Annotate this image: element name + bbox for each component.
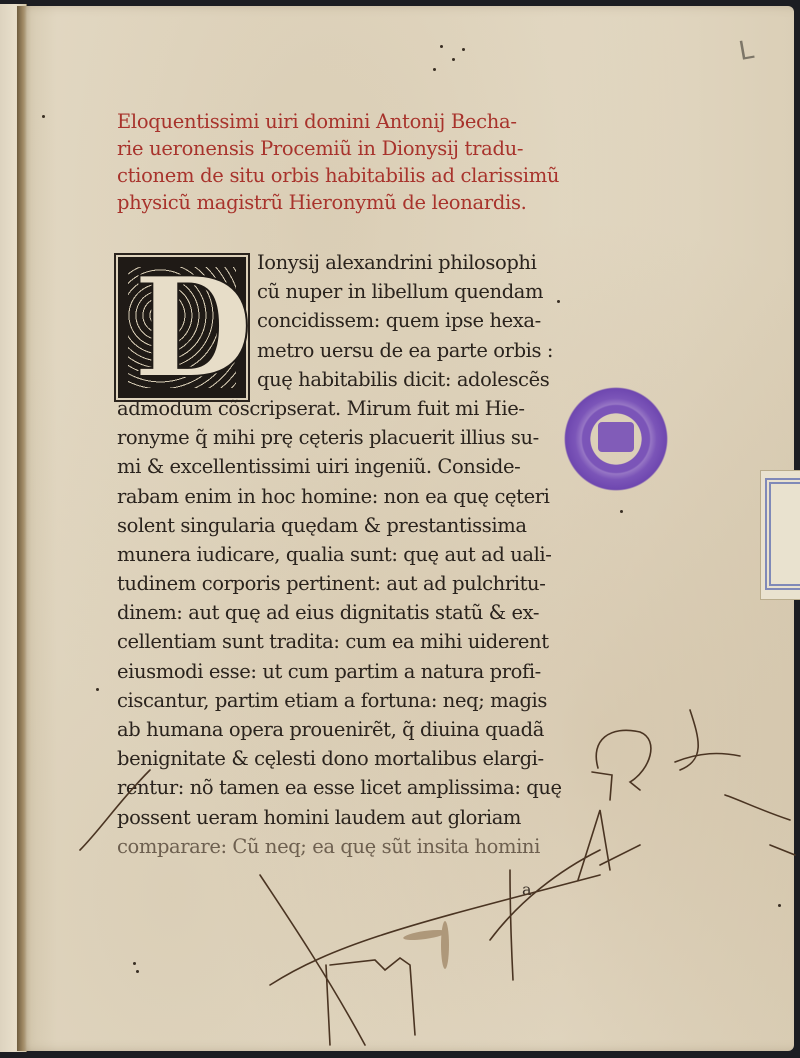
document-viewer: L Eloquentissimi uiri domini Antonij Bec… bbox=[0, 0, 800, 1058]
pen-scribbles bbox=[0, 0, 800, 1058]
